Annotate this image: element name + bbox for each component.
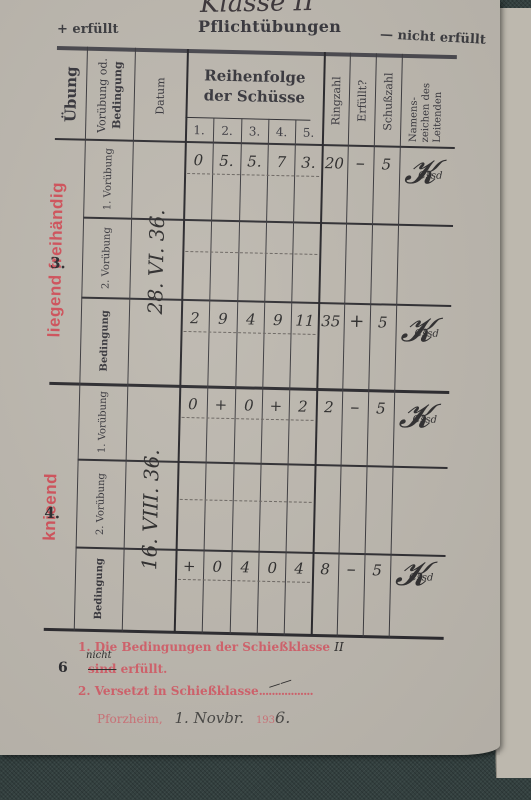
header-shot-3: 3.: [241, 120, 268, 143]
shot-value: +: [262, 397, 290, 416]
score-dotline: [182, 417, 314, 421]
footer-line-2: sind erfüllt.: [88, 662, 167, 676]
erfuellt-value: +: [343, 311, 371, 333]
header-schusszahl: Schußzahl: [374, 57, 402, 146]
shot-value: 5.: [212, 152, 240, 171]
signature-text: Cssd: [418, 170, 443, 182]
booklet-page: Klasse II + erfüllt Pflichtübungen — nic…: [0, 0, 500, 755]
shot-value: 3.: [294, 153, 322, 172]
signature-text: Cssd: [414, 328, 439, 340]
shot-value: 2: [289, 397, 317, 416]
header-vorstufe: Vorübung od. Bedingung: [85, 51, 135, 140]
score-dotline: [184, 331, 316, 335]
shot-value: 5.: [240, 152, 268, 171]
schusszahl-value: 5: [363, 561, 391, 580]
signature-text: Cssd: [412, 414, 437, 426]
header-shot-5: 5.: [295, 121, 322, 144]
shot-value: 0: [258, 559, 286, 578]
shot-value: 0: [235, 396, 263, 415]
erfuellt-value: –: [341, 397, 369, 419]
row-label: Bedingung: [79, 299, 129, 384]
shot-value: 0: [184, 151, 212, 170]
signature-text: Cssd: [409, 572, 434, 584]
col-divider: [202, 118, 215, 634]
schusszahl-value: 5: [369, 313, 397, 332]
footer-line-3: 2. Versetzt in Schießklasse.............…: [78, 684, 313, 698]
ringzahl-value: 35: [317, 312, 345, 331]
erfuellt-value: –: [346, 153, 374, 175]
header-ringzahl: Ringzahl: [322, 56, 350, 145]
ringzahl-value: 8: [311, 560, 339, 579]
header-shot-2: 2.: [213, 120, 241, 143]
col-divider: [257, 119, 270, 635]
footer-handwritten-insert: nicht: [86, 650, 112, 661]
page-number: 6: [58, 660, 68, 676]
score-dotline: [180, 499, 312, 503]
shot-value: 9: [264, 311, 292, 330]
score-dotline: [185, 251, 317, 255]
score-dotline: [178, 579, 310, 583]
shot-value: +: [207, 395, 235, 414]
exercise-table: Übung Vorübung od. Bedingung Datum Reihe…: [44, 46, 457, 645]
col-divider: [230, 118, 243, 634]
shot-value: 7: [267, 153, 295, 172]
header-shot-4: 4.: [268, 121, 295, 144]
header-shot-1: 1.: [185, 119, 213, 142]
table-bottom-rule: [44, 628, 444, 640]
row-label: 2. Vorübung: [76, 461, 126, 548]
page-title: Pflichtübungen: [198, 17, 341, 36]
header-namenszeichen: Namens- zeichen des Leitenden: [400, 58, 457, 147]
score-dotline: [187, 173, 319, 177]
header-uebung: Übung: [55, 50, 87, 139]
erfuellt-value: –: [337, 558, 365, 580]
shot-value: 2: [181, 309, 209, 328]
shot-value: +: [175, 557, 203, 576]
legend-not-fulfilled: — nicht erfüllt: [380, 27, 487, 48]
col-divider: [284, 119, 297, 635]
ringzahl-value: 2: [315, 398, 343, 417]
legend-fulfilled: + erfüllt: [57, 22, 118, 37]
shot-value: 0: [203, 557, 231, 576]
shot-value: 4: [285, 559, 313, 578]
footer-place-date: Pforzheim, 1. Novbr. 1936.: [97, 708, 290, 727]
ringzahl-value: 20: [320, 154, 348, 173]
footer-line-1: 1. Die Bedingungen der Schießklasse II: [78, 640, 344, 654]
row-label: 1. Vorübung: [78, 385, 128, 460]
schusszahl-value: 5: [372, 155, 400, 174]
exercise-4-date: 16. VIII. 36.: [122, 388, 179, 631]
shot-value: 11: [291, 311, 319, 330]
row-label: Bedingung: [74, 549, 124, 630]
row-label: 1. Vorübung: [83, 141, 133, 218]
shot-value: 9: [209, 310, 237, 329]
exercise-3-date: 28. VI. 36.: [127, 142, 184, 383]
header-datum: Datum: [133, 52, 187, 141]
exercise-3-number: 3.: [50, 254, 66, 272]
row-label: 2. Vorübung: [81, 219, 131, 298]
schusszahl-value: 5: [367, 399, 395, 418]
shot-value: 4: [231, 558, 259, 577]
shot-value: 4: [237, 310, 265, 329]
exercise-4-number: 4.: [44, 504, 60, 522]
header-reihenfolge: Reihenfolge der Schüsse: [185, 53, 323, 120]
header-erfuellt: Erfüllt?: [348, 57, 376, 146]
shot-value: 0: [179, 395, 207, 414]
